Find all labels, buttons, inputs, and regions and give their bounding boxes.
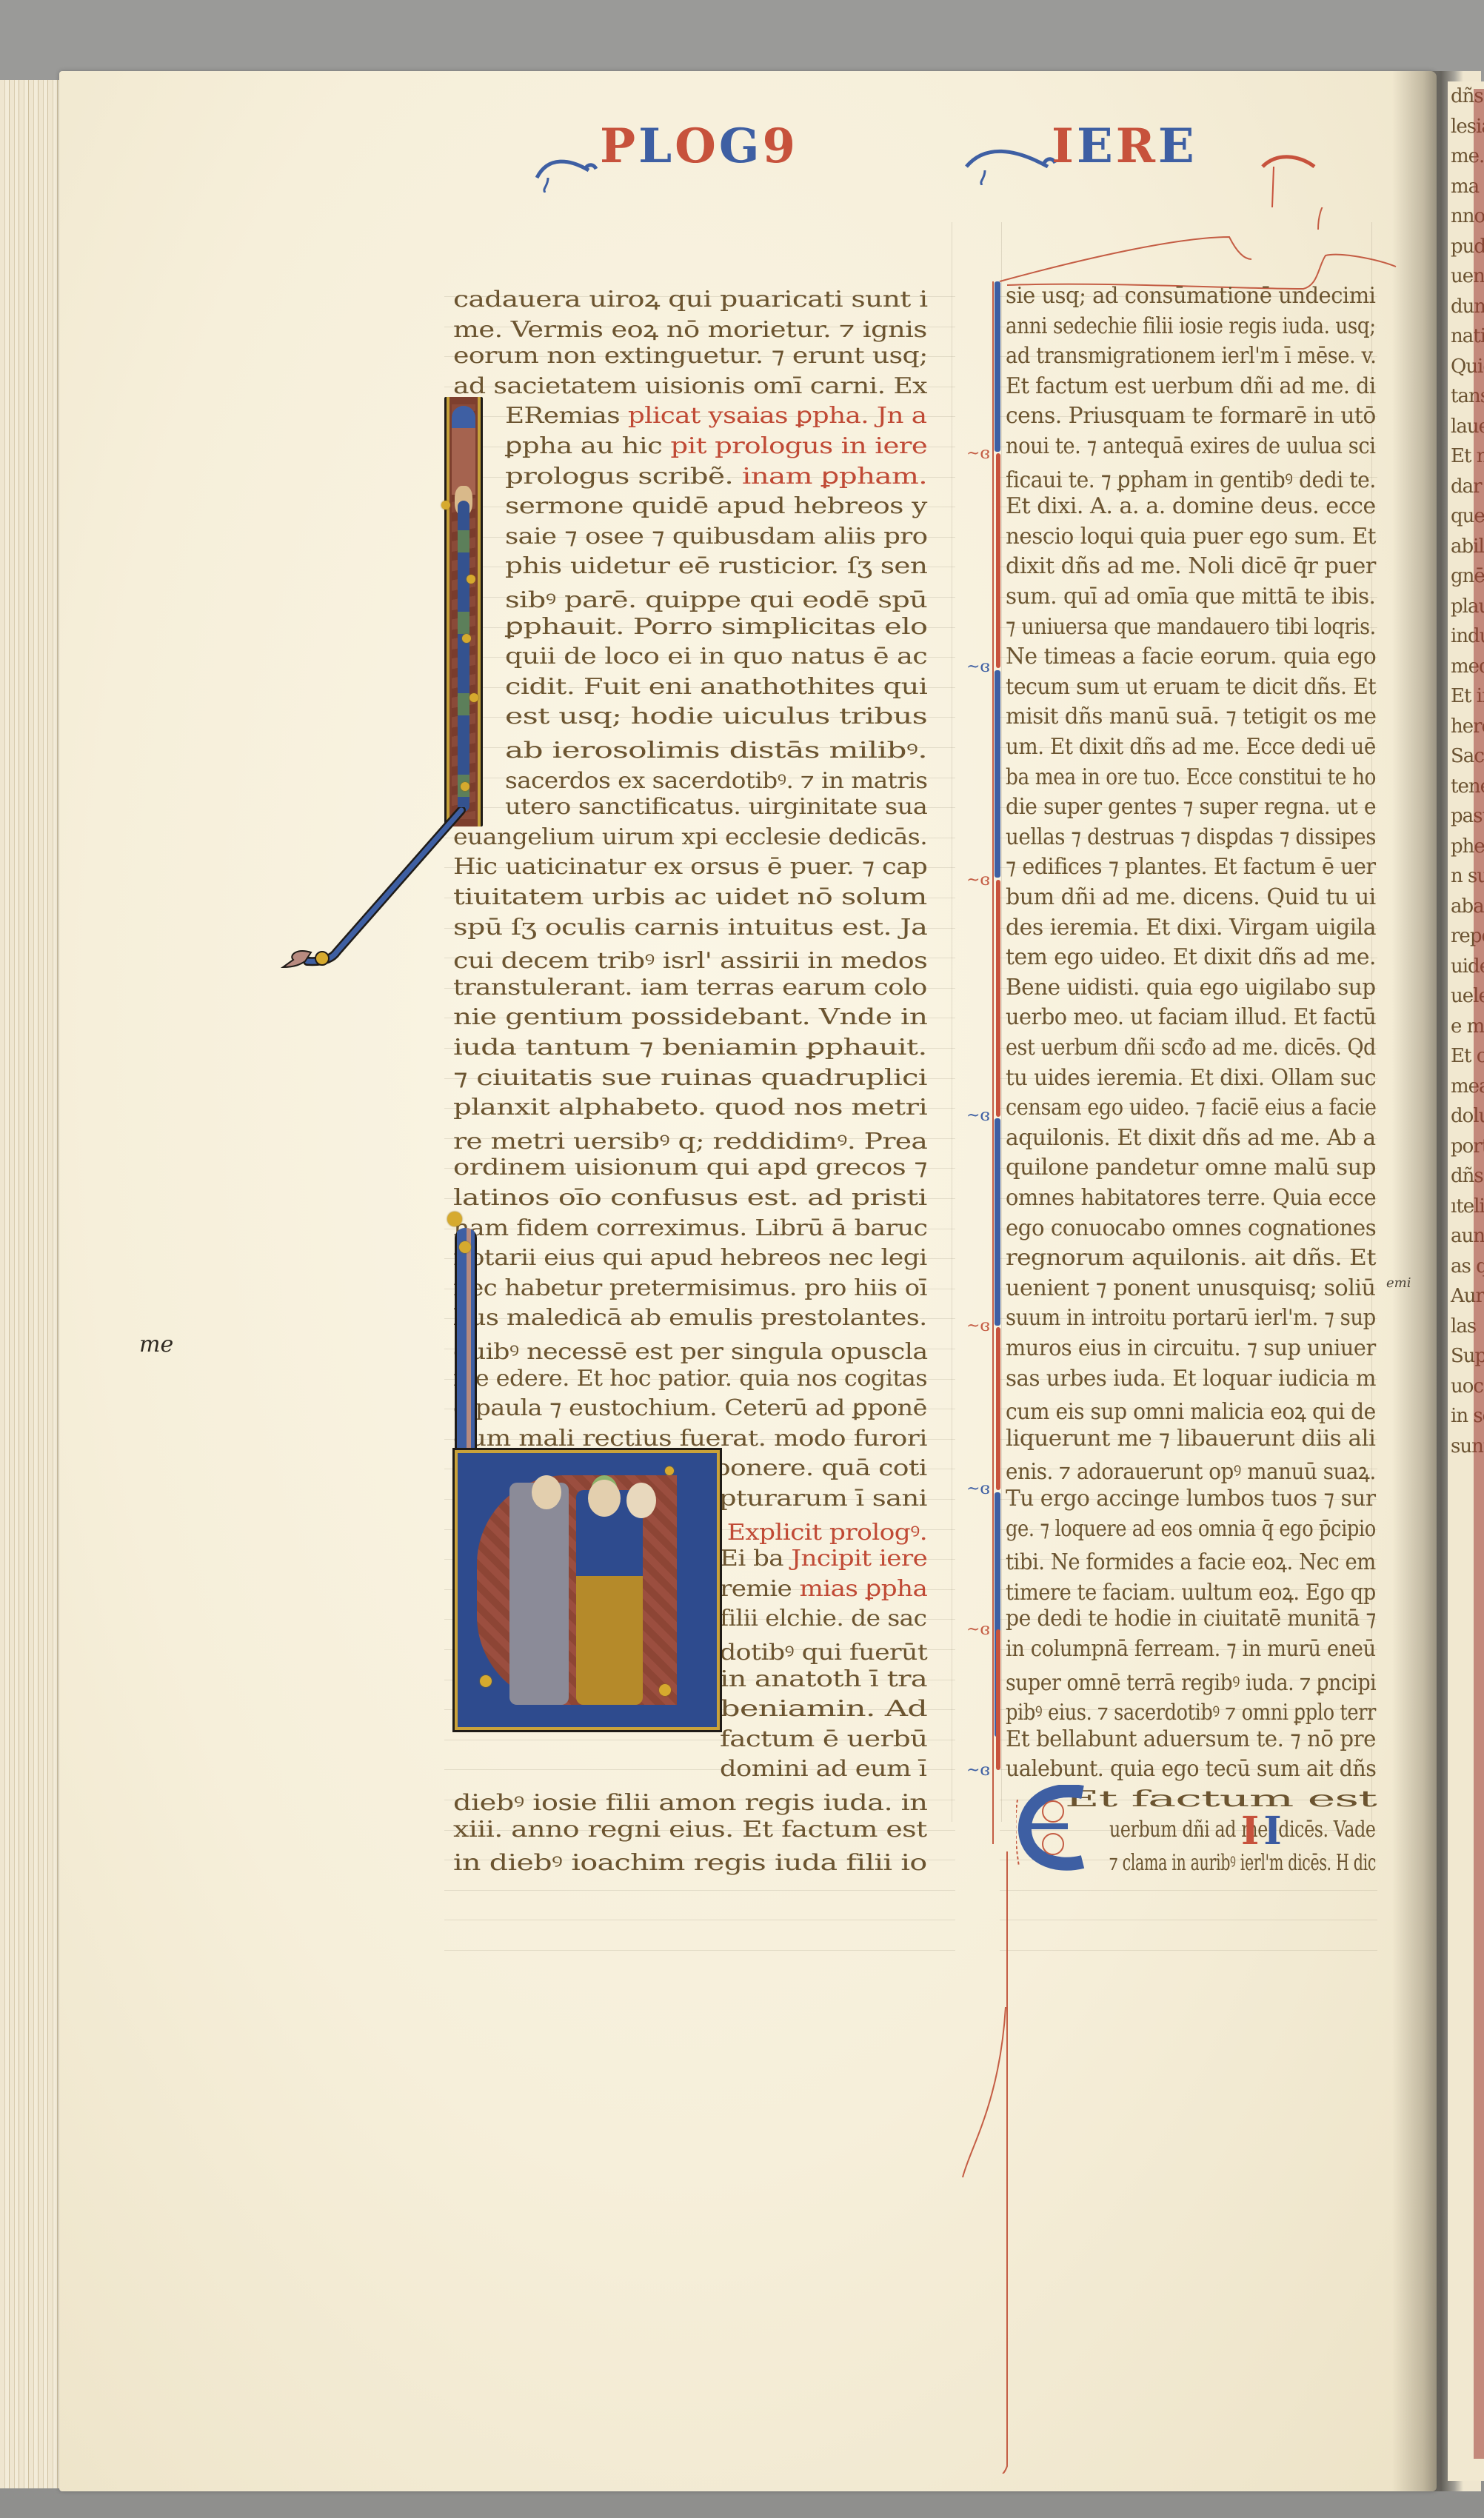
marginal-note-right: emi bbox=[1386, 1275, 1411, 1291]
penwork-sprig-icon: ~ɞ bbox=[966, 1481, 990, 1497]
penwork-red-segment bbox=[996, 453, 1000, 668]
marginal-note-left: me bbox=[139, 1332, 173, 1357]
ruling-line bbox=[1000, 1920, 1377, 1920]
text-line: tibi. Ne formides a facie eoꝝ. Nec em bbox=[1006, 1546, 1376, 1576]
text-line: nec habetur pretermisimus. pro hiis oī bbox=[453, 1275, 927, 1301]
ruling-line bbox=[444, 1890, 955, 1891]
gold-dot-icon bbox=[461, 782, 469, 791]
text-line: latinos oīo confusus est. ad pristi bbox=[453, 1185, 927, 1211]
text-line: ge. ⁊ loquere ad eos omnia q̄ ego p̄cipi… bbox=[1006, 1516, 1376, 1542]
penwork-blue-segment bbox=[995, 1118, 1000, 1326]
figure-prophet-head bbox=[588, 1480, 621, 1517]
text-line: ꝑphauit. Porro simplicitas elo bbox=[505, 614, 927, 640]
initial-v-stem bbox=[455, 1228, 477, 1450]
flourished-initial-e bbox=[1016, 1785, 1097, 1866]
text-line: remie mias ꝑpha bbox=[720, 1576, 927, 1602]
text-line: Et bellabunt aduersum te. ⁊ nō pre bbox=[1006, 1726, 1376, 1752]
text-line: aquilonis. Et dixit dñs ad me. Ab a bbox=[1006, 1125, 1376, 1151]
text-line: in anatoth ī tra bbox=[720, 1666, 927, 1692]
header-letter: P bbox=[600, 118, 638, 174]
text-line: re metri uersibꝰ q; reddidimꝰ. Prea bbox=[453, 1125, 927, 1155]
header-flourish-end-icon bbox=[1259, 148, 1318, 210]
text-line: noui te. ⁊ antequā exires de uulua sci bbox=[1006, 433, 1376, 459]
text-line: ad sacietatem uisionis omī carni. Ex bbox=[453, 373, 927, 399]
header-flourish-left-icon bbox=[533, 148, 600, 196]
text-line: muros eius in circuitu. ⁊ sup uniuer bbox=[1006, 1335, 1376, 1361]
page-fore-edge-stack bbox=[0, 80, 61, 2488]
rubric: pit prologus in iere bbox=[670, 433, 927, 459]
text-line: uerbo meo. ut faciam illud. Et factū bbox=[1006, 1004, 1376, 1030]
header-flourish-right-icon bbox=[963, 141, 1059, 188]
penwork-red-segment bbox=[996, 1629, 1000, 1770]
penwork-sprig-icon: ~ɞ bbox=[966, 1108, 990, 1124]
penwork-blue-segment bbox=[995, 281, 1000, 452]
header-letter: E bbox=[1158, 118, 1197, 174]
historiated-initial-i bbox=[444, 397, 483, 826]
text-line: sibꝰ parē. quippe qui eodē spū bbox=[505, 584, 927, 614]
text-line: xiii. anno regni eius. Et factum est bbox=[453, 1817, 927, 1843]
text-line: dotibꝰ qui fuerūt bbox=[720, 1636, 927, 1666]
ruling-line bbox=[1000, 1890, 1377, 1891]
gold-dot-icon bbox=[462, 634, 471, 643]
text-line: est uerbum dñi scđo ad me. dicēs. Qd bbox=[1006, 1035, 1376, 1061]
rubric: inam ꝑpham. bbox=[742, 464, 927, 490]
text-line: tecum sum ut eruam te dicit dñs. Et bbox=[1006, 674, 1376, 700]
ruling-line bbox=[444, 1920, 955, 1920]
text-line: nam fidem correximus. Librū ā baruc bbox=[453, 1215, 928, 1241]
text-line: cens. Priusquam te formarē in utō bbox=[1006, 403, 1376, 429]
text-line: uenient ⁊ ponent unusquisq; soliū bbox=[1006, 1275, 1376, 1301]
binding-edge bbox=[1474, 89, 1484, 2459]
text-line: prologus scribẽ. inam ꝑpham. bbox=[505, 464, 927, 490]
gold-dot-icon bbox=[459, 1241, 471, 1253]
rubric: mias ꝑpha bbox=[799, 1576, 927, 1602]
penwork-sprig-icon: ~ɞ bbox=[966, 1763, 990, 1779]
text-line: utero sanctificatus. uirginitate sua bbox=[505, 794, 927, 820]
text-line: sermone quidē apud hebreos y bbox=[505, 493, 927, 519]
text-line: sacerdos ex sacerdotibꝰ. ⁊ in matris bbox=[505, 764, 927, 795]
rubric: Explicit prologꝰ. bbox=[727, 1520, 927, 1546]
text-line: quii de loco ei in quo natus ē ac bbox=[505, 644, 927, 669]
text-line: misit dñs manū suā. ⁊ tetigit os me bbox=[1006, 704, 1376, 729]
text-line: pe dedi te hodie in ciuitatē munitā ⁊ bbox=[1006, 1606, 1376, 1632]
text-line: Tu ergo accinge lumbos tuos ⁊ sur bbox=[1006, 1486, 1376, 1512]
text-line: tu uides ieremia. Et dixi. Ollam suc bbox=[1006, 1065, 1376, 1091]
header-letter: R bbox=[1116, 118, 1158, 174]
header-letter: O bbox=[675, 118, 719, 174]
text-line: sum. quī ad omīa que mittā te ibis. bbox=[1006, 584, 1375, 610]
text-line: suum in introitu portarū ierl'm. ⁊ sup bbox=[1006, 1305, 1376, 1331]
text-line: enis. ⁊ adorauerunt opꝰ manuū suaꝝ. bbox=[1006, 1455, 1376, 1486]
text-line: in columpnā ferream. ⁊ in murū eneū bbox=[1006, 1636, 1376, 1662]
penwork-red-segment bbox=[996, 1327, 1000, 1490]
text-line: ab ierosolimis distās milibꝰ. bbox=[505, 734, 927, 764]
text-line: ad transmigrationem ierl'm ī mēse. v. bbox=[1006, 343, 1376, 369]
text-line: Bene uidisti. quia ego uigilabo sup bbox=[1006, 975, 1376, 1001]
text-line: domini ad eum ī bbox=[720, 1756, 926, 1782]
text-line: tiuitatem urbis ac uidet nō solum bbox=[453, 884, 927, 910]
text-line: anni sedechie filii iosie regis iuda. us… bbox=[1006, 313, 1376, 339]
gold-dot-icon bbox=[441, 501, 450, 510]
text-line: Et factum est uerbum dñi ad me. di bbox=[1006, 373, 1376, 399]
historiated-initial-v bbox=[455, 1406, 714, 1724]
text-line: quibꝰ necessē est per singula opuscla bbox=[453, 1335, 928, 1366]
text-line: nescio loqui quia puer ego sum. Et bbox=[1006, 524, 1376, 550]
initial-i-tail-icon bbox=[278, 807, 470, 981]
text-line: omnes habitatores terre. Quia ecce bbox=[1006, 1185, 1376, 1211]
text-line: sie usq; ad consūmationē undecimi bbox=[1006, 283, 1375, 309]
ruling-line bbox=[1000, 1950, 1377, 1951]
text-line: ualebunt. quia ego tecū sum ait dñs bbox=[1006, 1756, 1376, 1782]
text-line: Et dixi. A. a. a. domine deus. ecce bbox=[1006, 493, 1376, 519]
initial-v-frame bbox=[455, 1450, 720, 1730]
text-line: bum dñi ad me. dicens. Quid tu ui bbox=[1006, 884, 1376, 910]
text-line: quilone pandetur omne malū sup bbox=[1006, 1155, 1376, 1180]
figure-third-head bbox=[626, 1483, 656, 1518]
text-line: ⁊ uniuersa que mandauero tibi loqris. bbox=[1006, 614, 1376, 640]
penwork-sprig-icon: ~ɞ bbox=[966, 1318, 990, 1335]
text-line: est usq; hodie uiculus tribus bbox=[505, 704, 927, 729]
text-line: me. Vermis eoꝝ nō morietur. ⁊ ignis bbox=[453, 313, 927, 344]
text-line: cui decem tribꝰ isrl' assirii in medos bbox=[453, 944, 927, 975]
text-line: ego conuocabo omnes cognationes bbox=[1006, 1215, 1376, 1241]
text-line: Hic uaticinatur ex orsus ē puer. ⁊ cap bbox=[453, 854, 927, 880]
column-ruling-left-col-right bbox=[952, 222, 952, 1822]
text-line: ERemias plicat ysaias ꝑpha. Jn a bbox=[505, 403, 926, 429]
text-line: cidit. Fuit eni anathothites qui bbox=[505, 674, 927, 700]
initial-i-arch bbox=[452, 406, 475, 495]
penwork-sprig-icon: ~ɞ bbox=[966, 1622, 990, 1638]
rubric: plicat ysaias ꝑpha. Jn a bbox=[628, 403, 927, 429]
header-letter: I bbox=[1052, 118, 1077, 174]
text-line: factum ē uerbū bbox=[720, 1726, 927, 1752]
header-letter: L bbox=[638, 118, 675, 174]
text-line: tem ego uideo. Et dixit dñs ad me. bbox=[1006, 944, 1376, 970]
text-line: iuda tantum ⁊ beniamin ꝑphauit. bbox=[453, 1035, 926, 1061]
text-line: nie gentium possidebant. Vnde in bbox=[453, 1004, 927, 1030]
penwork-red-segment bbox=[996, 880, 1000, 1117]
text-line: pibꝰ eius. ⁊ sacerdotibꝰ ⁊ omni ꝑplo ter… bbox=[1006, 1696, 1376, 1726]
running-header-right: IERE bbox=[1052, 118, 1197, 174]
gold-dot-icon bbox=[665, 1466, 674, 1475]
header-letter: G bbox=[719, 118, 763, 174]
text-line: regnorum aquilonis. ait dñs. Et bbox=[1006, 1245, 1376, 1271]
text-line: des ieremia. Et dixi. Virgam uigila bbox=[1006, 915, 1376, 941]
text-line: cum eis sup omni malicia eoꝝ qui de bbox=[1006, 1395, 1376, 1426]
text-line: Ne timeas a facie eorum. quia ego bbox=[1006, 644, 1376, 669]
text-line: ficaui te. ⁊ ꝑpham in gentibꝰ dedi te. bbox=[1006, 464, 1376, 494]
text-line: super omnē terrā regibꝰ iuda. ⁊ ꝑncipi bbox=[1006, 1666, 1376, 1697]
initial-i-vine bbox=[458, 501, 469, 812]
text-line: Ei ba Jncipit iere bbox=[720, 1546, 927, 1572]
column-ruling-right-col-left bbox=[1001, 222, 1002, 1822]
text-line: sas urbes iuda. Et loquar iudicia m bbox=[1006, 1366, 1376, 1392]
penwork-red-thread bbox=[992, 281, 994, 1844]
figure-grey-man bbox=[509, 1483, 569, 1705]
figure-prophet bbox=[576, 1490, 643, 1705]
text-line: saie ⁊ osee ⁊ quibusdam aliis pro bbox=[505, 524, 927, 550]
gold-dot-icon bbox=[447, 1212, 462, 1226]
ruling-line bbox=[444, 1950, 955, 1951]
text-line: phis uidetur eē rusticior. ſʒ sen bbox=[505, 553, 927, 579]
text-line: notarii eius qui apud hebreos nec legi bbox=[453, 1245, 927, 1271]
rubric: Jncipit iere bbox=[791, 1546, 927, 1572]
text-line: beniamin. Ad bbox=[720, 1696, 927, 1722]
chapter-number-ii: II bbox=[1241, 1809, 1286, 1854]
penwork-sprig-icon: ~ɞ bbox=[966, 446, 990, 462]
penwork-descender-icon bbox=[955, 1851, 1044, 2477]
text-line: spū ſʒ oculis carnis intuitus est. Ja bbox=[453, 915, 927, 941]
text-line: me edere. Et hoc patior. quia nos cogita… bbox=[453, 1366, 927, 1392]
text-line: planxit alphabeto. quod nos metri bbox=[453, 1095, 927, 1121]
header-letter: 9 bbox=[763, 118, 799, 174]
text-line: liquerunt me ⁊ libauerunt diis ali bbox=[1006, 1426, 1375, 1452]
header-letter: E bbox=[1077, 118, 1116, 174]
text-line: ordinem uisionum qui apd grecos ⁊ bbox=[453, 1155, 927, 1180]
text-line: ba mea in ore tuo. Ecce constitui te ho bbox=[1006, 764, 1376, 790]
text-line: uellas ⁊ destruas ⁊ disꝑdas ⁊ dissipes bbox=[1006, 824, 1376, 850]
gold-dot-icon bbox=[467, 575, 475, 584]
running-header-left: PLOG9 bbox=[600, 118, 798, 174]
chapter-numeral-red: I bbox=[1241, 1809, 1263, 1854]
text-line: die super gentes ⁊ super regna. ut e bbox=[1006, 794, 1376, 820]
text-line: in diebꝰ ioachim regis iuda filii io bbox=[453, 1846, 927, 1877]
gold-dot-icon bbox=[469, 693, 478, 702]
text-line: bus maledicā ab emulis prestolantes. bbox=[453, 1305, 927, 1331]
figure-grey-man-head bbox=[532, 1475, 561, 1509]
text-line: cadauera uiroꝝ qui puaricati sunt i bbox=[453, 283, 928, 313]
text-line: euangelium uirum xpi ecclesie dedicās. bbox=[453, 824, 927, 850]
text-line: censam ego uideo. ⁊ faciē eius a facie bbox=[1006, 1095, 1377, 1121]
penwork-sprig-icon: ~ɞ bbox=[966, 659, 990, 675]
gold-dot-icon bbox=[480, 1675, 492, 1687]
penwork-sprig-icon: ~ɞ bbox=[966, 872, 990, 889]
text-line: dixit dñs ad me. Noli dicē q̄r puer bbox=[1006, 553, 1376, 579]
text-line: transtulerant. iam terras earum colo bbox=[453, 975, 927, 1001]
text-line: ⁊ ciuitatis sue ruinas quadruplici bbox=[453, 1065, 927, 1091]
text-line: diebꝰ iosie filii amon regis iuda. in bbox=[453, 1786, 927, 1817]
text-line: eorum non extinguetur. ⁊ erunt usq; bbox=[453, 343, 928, 369]
gold-dot-icon bbox=[659, 1684, 671, 1696]
text-line: ꝑpha au hic pit prologus in iere bbox=[505, 433, 927, 459]
text-line: timere te faciam. uultum eoꝝ. Ego qp bbox=[1006, 1576, 1376, 1606]
text-line: ⁊ edifices ⁊ plantes. Et factum ē uer bbox=[1006, 854, 1376, 880]
text-line: Et factum est bbox=[1065, 1786, 1377, 1812]
text-line: filii elchie. de sac bbox=[720, 1606, 927, 1632]
chapter-numeral-blue: I bbox=[1263, 1809, 1286, 1854]
text-line: um. Et dixit dñs ad me. Ecce dedi uē bbox=[1006, 734, 1376, 760]
penwork-blue-segment bbox=[995, 670, 1000, 878]
